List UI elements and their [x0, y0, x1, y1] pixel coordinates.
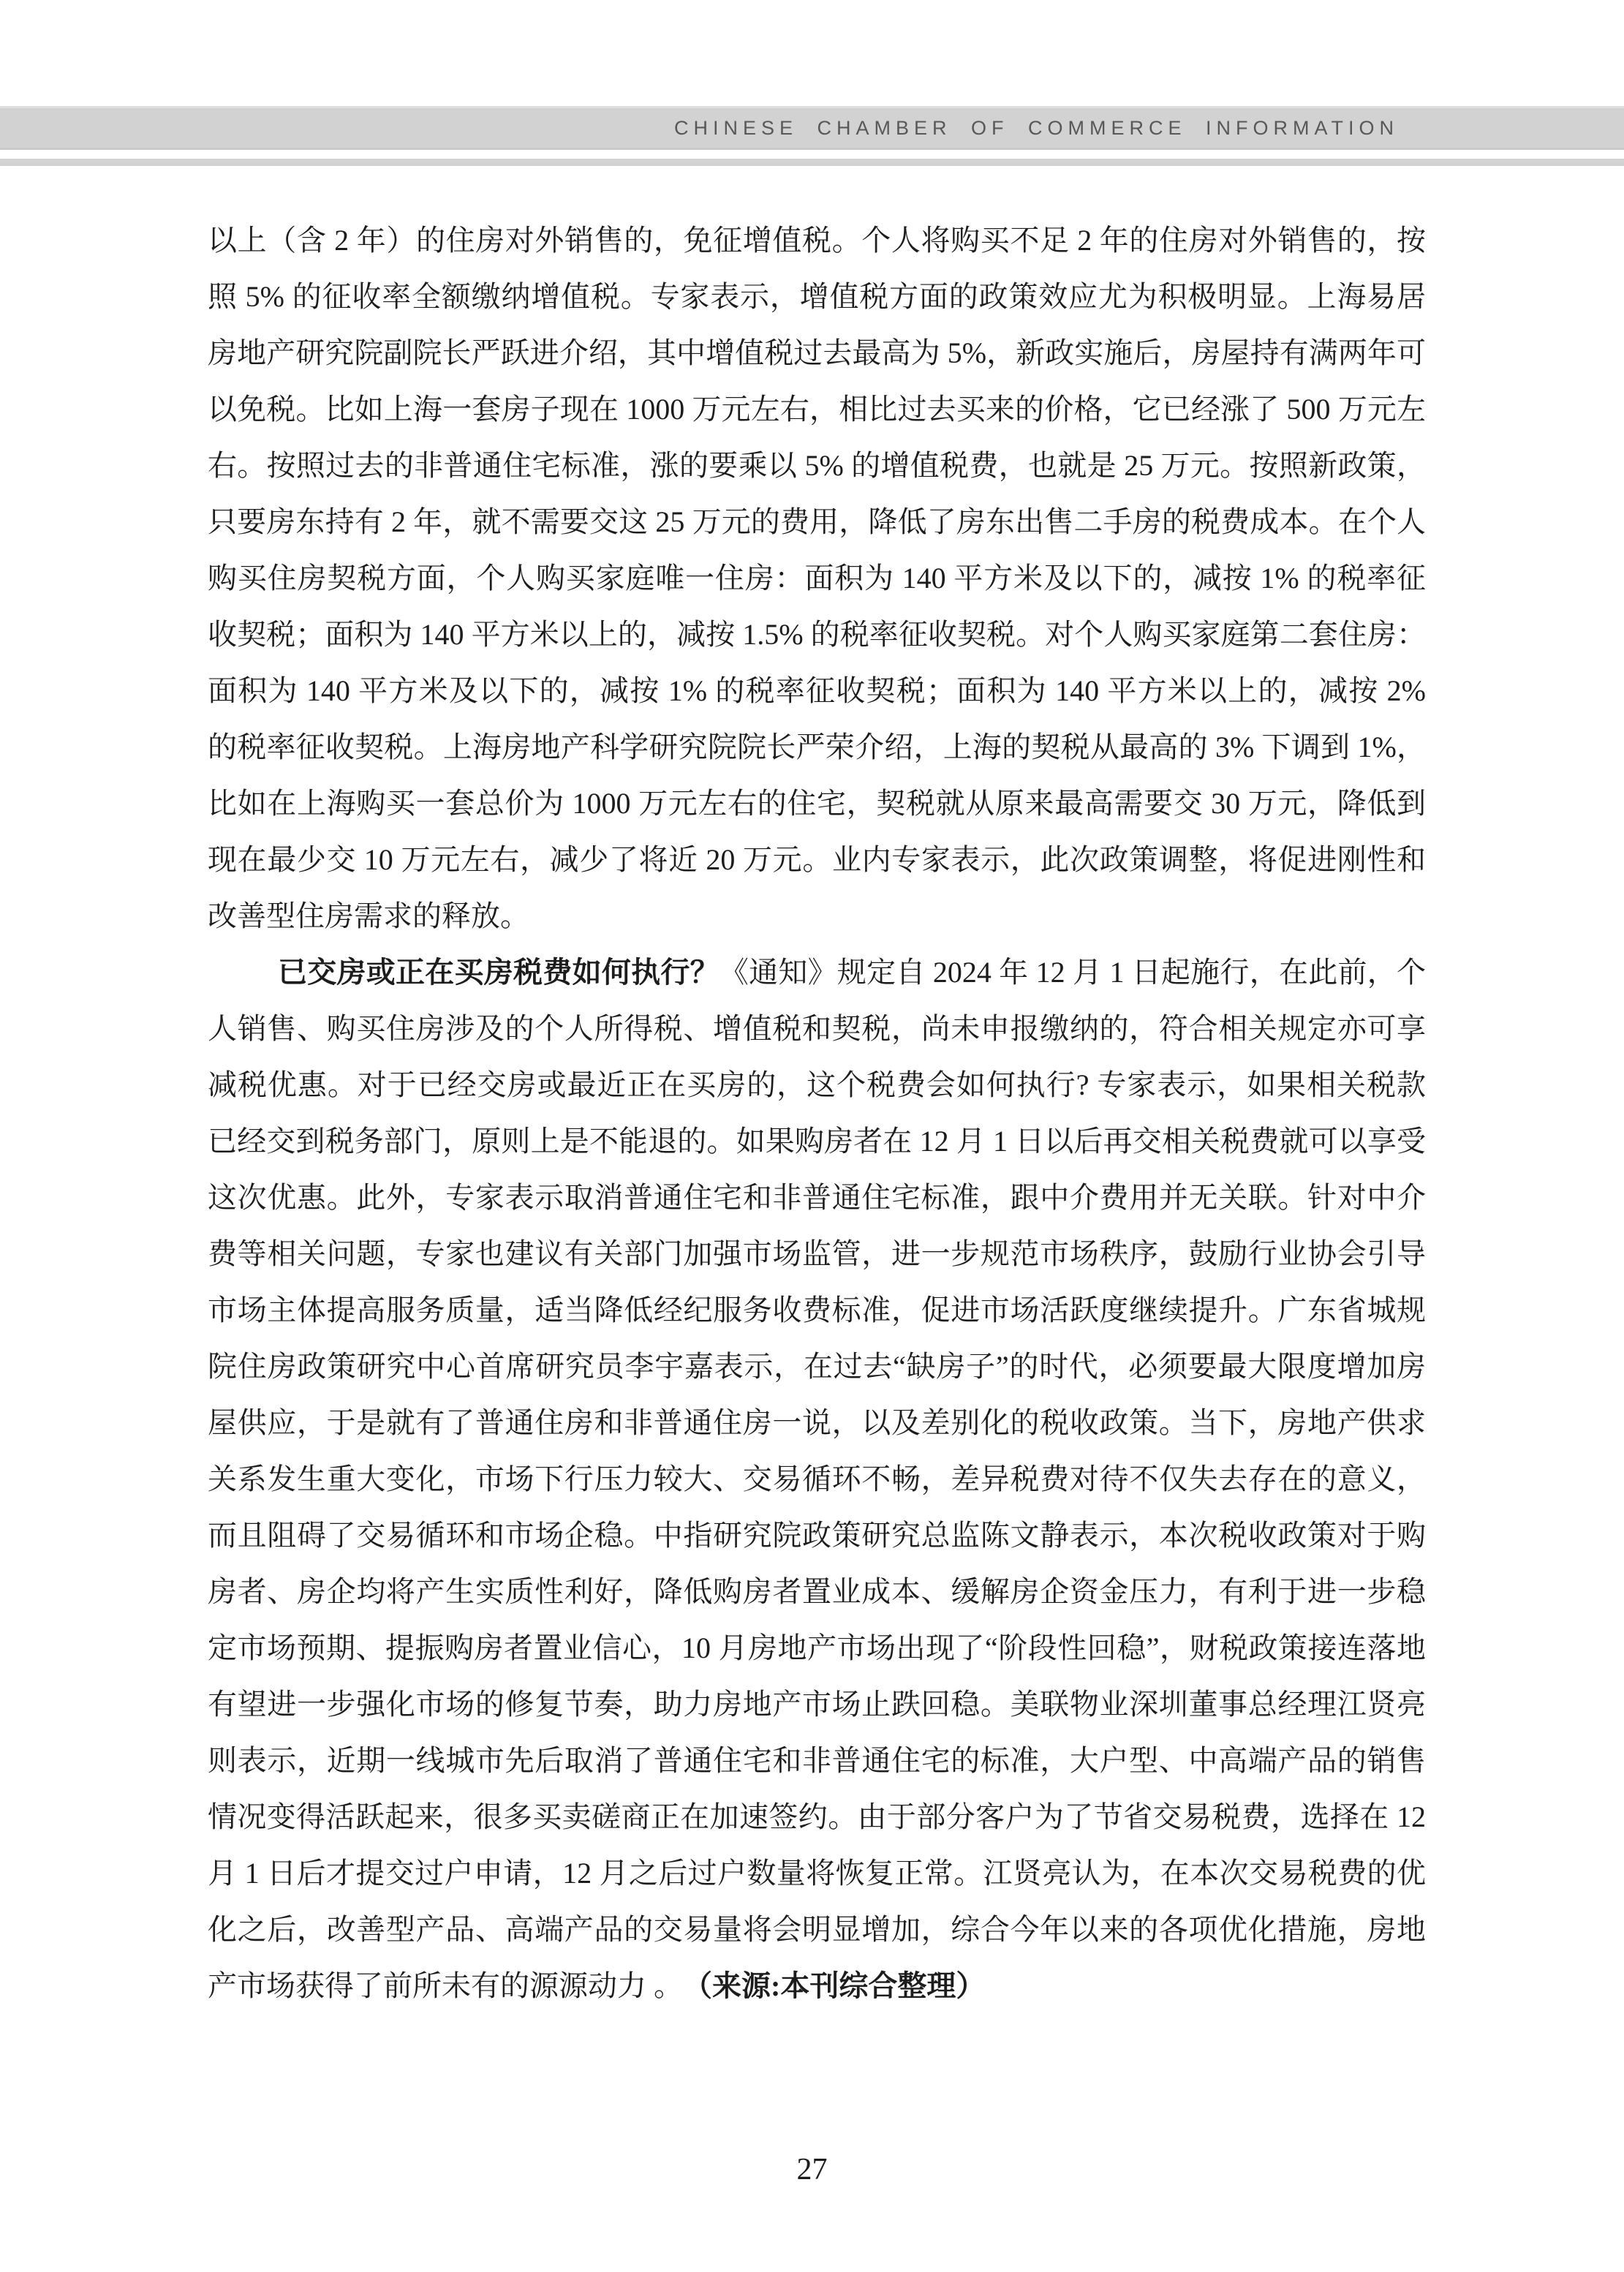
source-attribution: （来源:本刊综合整理） — [698, 1969, 985, 2002]
page-number: 27 — [0, 2150, 1624, 2189]
header-banner: CHINESE CHAMBER OF COMMERCE INFORMATION — [0, 106, 1624, 150]
header-rule — [0, 159, 1624, 166]
header-banner-text: CHINESE CHAMBER OF COMMERCE INFORMATION — [674, 117, 1399, 140]
paragraph-2-text: 《通知》规定自 2024 年 12 月 1 日起施行，在此前，个人销售、购买住房… — [208, 956, 1426, 2002]
paragraph-2: 已交房或正在买房税费如何执行？《通知》规定自 2024 年 12 月 1 日起施… — [208, 944, 1426, 2014]
paragraph-2-heading: 已交房或正在买房税费如何执行？ — [278, 956, 720, 989]
article-body: 以上（含 2 年）的住房对外销售的，免征增值税。个人将购买不足 2 年的住房对外… — [208, 212, 1426, 2014]
paragraph-1: 以上（含 2 年）的住房对外销售的，免征增值税。个人将购买不足 2 年的住房对外… — [208, 212, 1426, 944]
